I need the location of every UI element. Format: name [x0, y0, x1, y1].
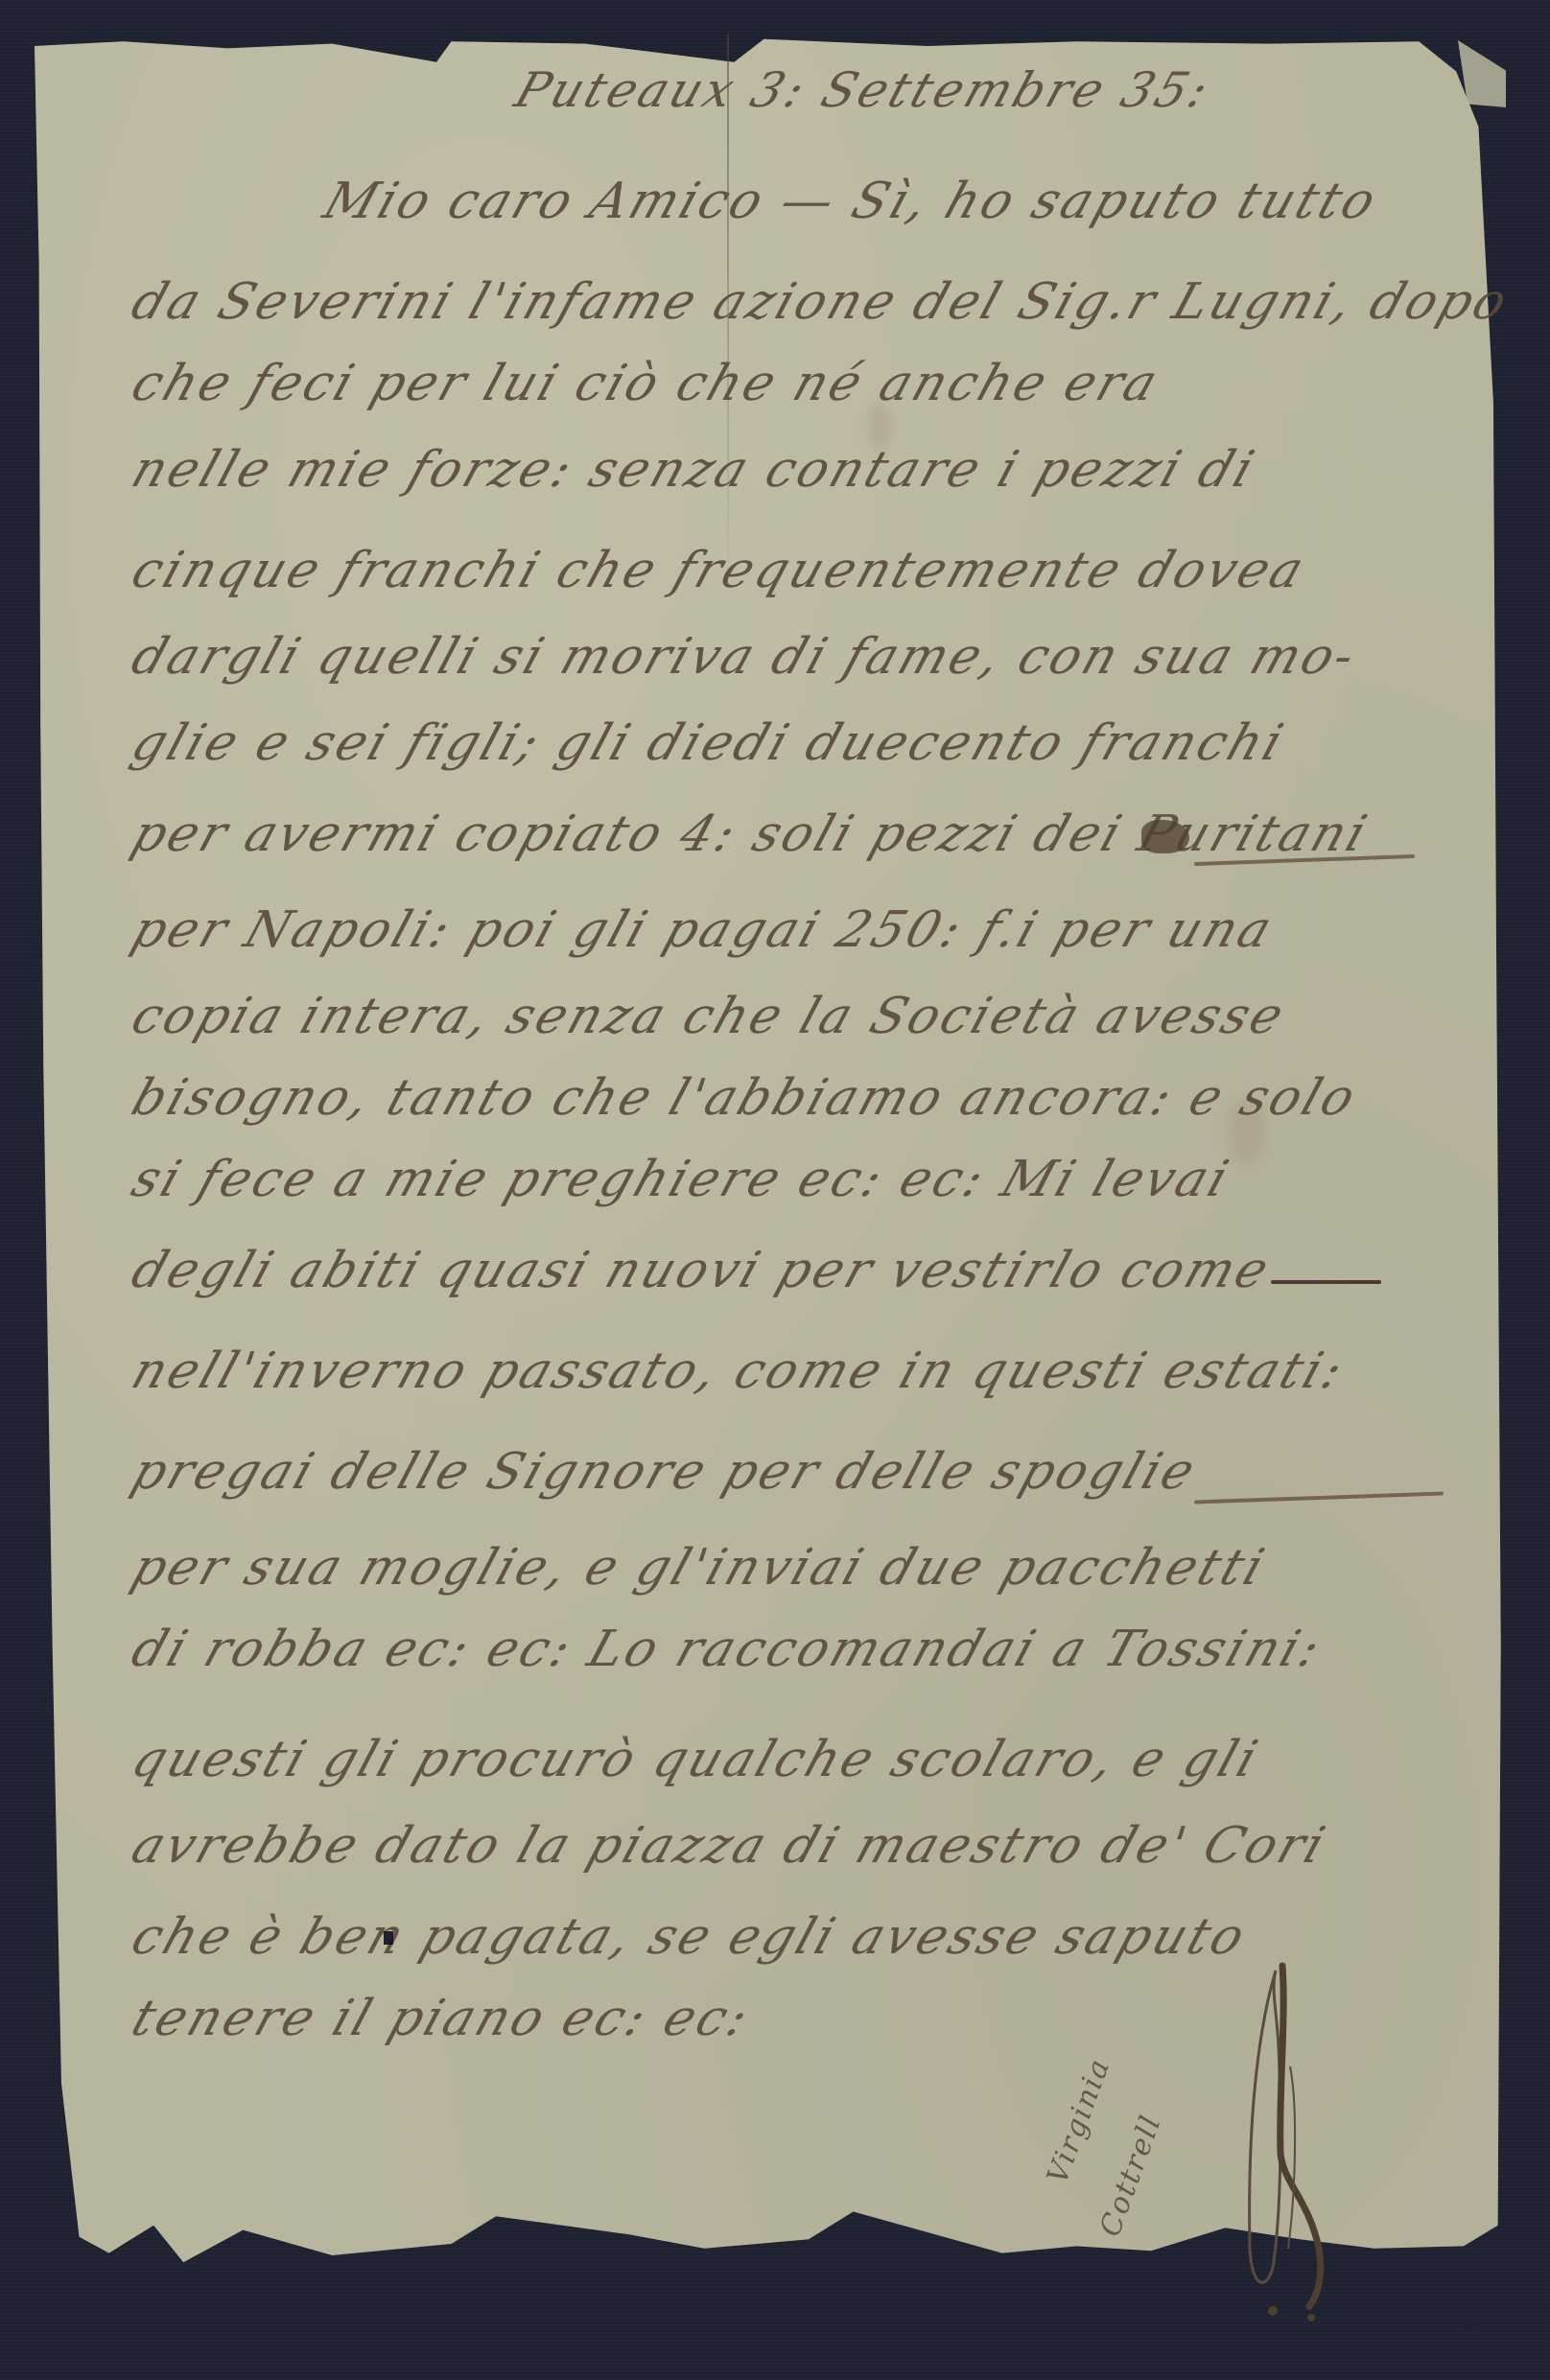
letter-line-4: nelle mie forze: senza contare i pezzi d… [125, 441, 1263, 499]
punch-hole [1465, 2319, 1478, 2332]
letter-line-1: Mio caro Amico — Sì, ho saputo tutto [317, 173, 1385, 230]
letter-line-7: glie e sei figli; gli diedi duecento fra… [125, 714, 1292, 772]
letter-line-18: questi gli procurò qualche scolaro, e gl… [125, 1731, 1267, 1788]
letter-line-12: si fece a mie preghiere ec: ec: Mi levai [125, 1151, 1238, 1208]
strikethrough-come [1271, 1280, 1381, 1284]
letter-line-19: avrebbe dato la piazza di maestro de' Co… [125, 1817, 1334, 1875]
letter-line-20: che è ben pagata, se egli avesse saputo [125, 1908, 1255, 1966]
crossed-out-dei [1141, 820, 1189, 853]
letter-line-10: copia intera, senza che la Società avess… [125, 988, 1293, 1045]
letter-line-17: di robba ec: ec: Lo raccomandai a Tossin… [125, 1621, 1329, 1678]
underline-spoglie [1194, 1491, 1444, 1504]
letter-line-6: dargli quelli si moriva di fame, con sua… [125, 628, 1365, 686]
letter-line-14: nell'inverno passato, come in questi est… [125, 1342, 1352, 1400]
signature-flourish-icon [1223, 1961, 1367, 2325]
scan-debris [384, 1931, 393, 1945]
letter-line-5: cinque franchi che frequentemente dovea [125, 542, 1313, 599]
letter-line-16: per sua moglie, e gl'inviai due pacchett… [125, 1539, 1274, 1597]
letter-line-13: degli abiti quasi nuovi per vestirlo com… [125, 1242, 1279, 1299]
letter-line-2: da Severini l'infame azione del Sig.r Lu… [125, 273, 1516, 331]
letter-line-9: per Napoli: poi gli pagai 250: f.i per u… [125, 901, 1281, 959]
signature-annotation-line-2: Cottrell [1093, 2111, 1168, 2241]
dateline: Puteaux 3: Settembre 35: [508, 62, 1218, 118]
letter-line-21: tenere il piano ec: ec: [125, 1990, 758, 2047]
letter-line-11: bisogno, tanto che l'abbiamo ancora: e s… [125, 1069, 1365, 1127]
letter-body: Puteaux 3: Settembre 35: Mio caro Amico … [0, 0, 1550, 2380]
letter-line-15: pregai delle Signore per delle spoglie [125, 1443, 1205, 1501]
signature-annotation-line-1: Virginia [1041, 2054, 1117, 2188]
letter-line-3: che feci per lui ciò che né anche era [125, 355, 1167, 412]
